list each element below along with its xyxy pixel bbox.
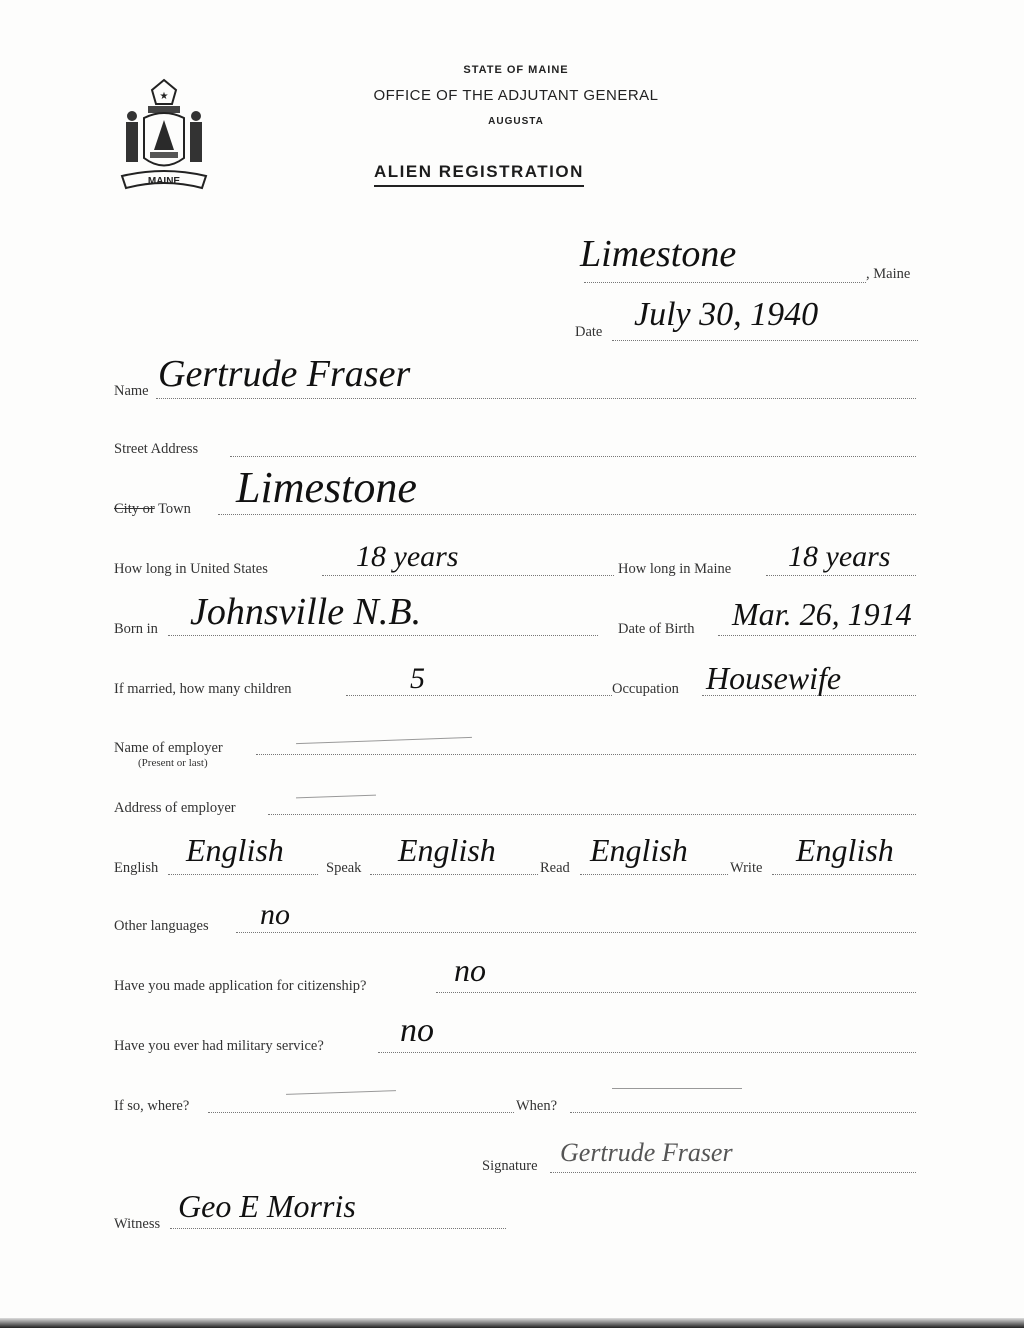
date-value: July 30, 1940: [634, 296, 818, 334]
other-languages-value: no: [260, 898, 290, 932]
where-value-dash: [286, 1090, 396, 1095]
dob-value: Mar. 26, 1914: [732, 596, 912, 633]
employer-address-label: Address of employer: [114, 800, 236, 817]
citizenship-label: Have you made application for citizenshi…: [114, 978, 366, 995]
children-value: 5: [410, 662, 425, 696]
town-value: Limestone: [236, 462, 417, 513]
maine-time-value: 18 years: [788, 540, 890, 574]
header-city: AUGUSTA: [316, 116, 716, 127]
header-office: OFFICE OF THE ADJUTANT GENERAL: [316, 87, 716, 104]
maine-time-label: How long in Maine: [618, 561, 731, 578]
location-town-value: Limestone: [580, 232, 736, 276]
street-label: Street Address: [114, 441, 198, 458]
employer-sublabel: (Present or last): [138, 757, 208, 769]
date-label: Date: [575, 324, 602, 341]
when-label: When?: [516, 1098, 557, 1115]
location-suffix: , Maine: [866, 266, 910, 283]
maine-state-seal: ★ MAINE: [114, 78, 214, 196]
svg-text:MAINE: MAINE: [148, 176, 181, 187]
other-languages-label: Other languages: [114, 918, 209, 935]
english-label: English: [114, 860, 158, 877]
read-value: English: [590, 832, 688, 869]
employer-address-value-dash: [296, 795, 376, 799]
witness-label: Witness: [114, 1216, 160, 1233]
header-state: STATE OF MAINE: [316, 64, 716, 76]
write-value: English: [796, 832, 894, 869]
form-title: ALIEN REGISTRATION: [374, 162, 584, 187]
scan-edge: [0, 1318, 1024, 1328]
military-label: Have you ever had military service?: [114, 1038, 324, 1055]
military-value: no: [400, 1012, 434, 1050]
write-label: Write: [730, 860, 762, 877]
witness-value: Geo E Morris: [178, 1188, 356, 1225]
citizenship-value: no: [454, 952, 486, 989]
born-label: Born in: [114, 621, 158, 638]
us-time-value: 18 years: [356, 540, 458, 574]
occupation-value: Housewife: [706, 660, 841, 697]
svg-text:★: ★: [160, 91, 169, 102]
town-label: City or Town: [114, 501, 191, 518]
name-label: Name: [114, 383, 149, 400]
speak-value: English: [398, 832, 496, 869]
us-time-label: How long in United States: [114, 561, 268, 578]
read-label: Read: [540, 860, 570, 877]
when-value-dash: [612, 1088, 742, 1089]
dob-label: Date of Birth: [618, 621, 695, 638]
where-label: If so, where?: [114, 1098, 189, 1115]
employer-value-dash: [296, 737, 472, 744]
signature-value: Gertrude Fraser: [560, 1138, 733, 1168]
employer-label: Name of employer: [114, 740, 223, 757]
english-value: English: [186, 832, 284, 869]
name-value: Gertrude Fraser: [158, 352, 410, 396]
speak-label: Speak: [326, 860, 361, 877]
children-label: If married, how many children: [114, 681, 292, 698]
signature-label: Signature: [482, 1158, 538, 1175]
occupation-label: Occupation: [612, 681, 679, 698]
born-value: Johnsville N.B.: [190, 590, 421, 634]
